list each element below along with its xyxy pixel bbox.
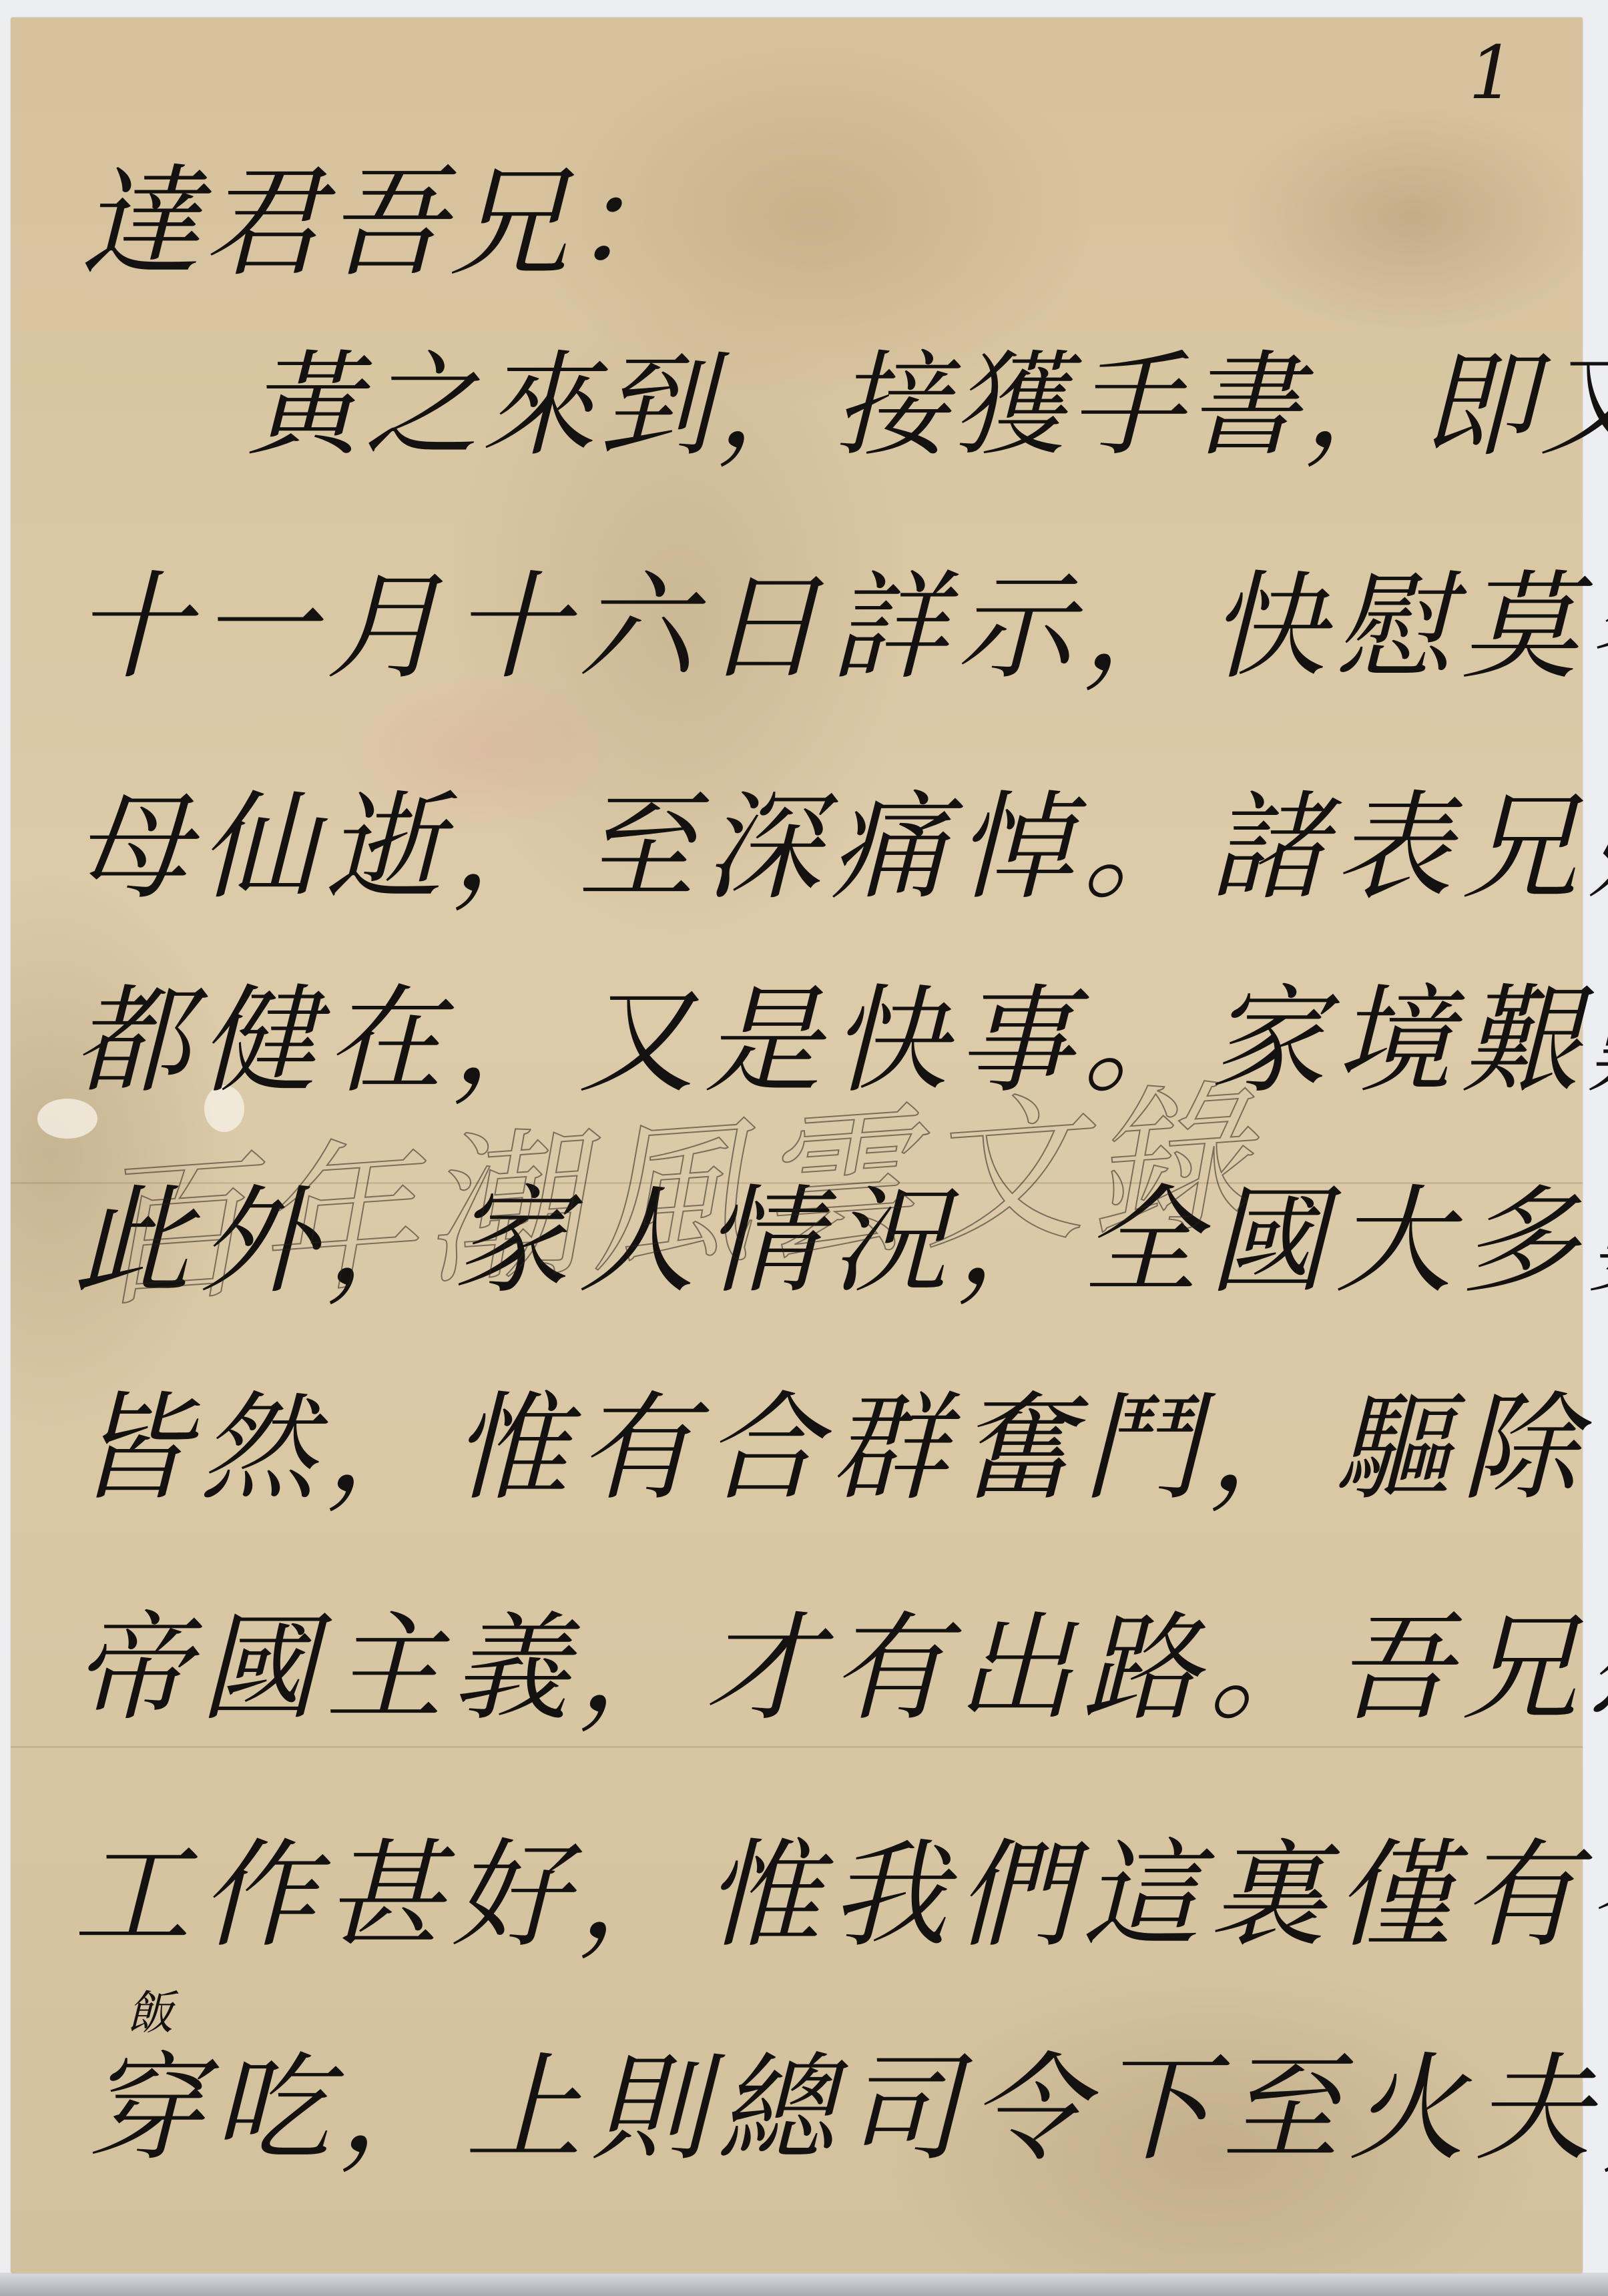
- inserted-character-annotation: 飯: [127, 1976, 174, 2043]
- letter-line-1: 黃之來到，接獲手書，即又接: [247, 314, 1608, 477]
- letter-line-2: 十一月十六日詳示，快慰莫名。只曉父: [73, 534, 1608, 701]
- letter-line-8: 工作甚好，惟我們這裏僅有衣: [73, 1802, 1608, 1970]
- letter-line-6: 皆然，惟有合群奮鬥，驅除日本: [73, 1355, 1608, 1522]
- page-number: 1: [1468, 30, 1515, 115]
- scanner-background-strip: [0, 2273, 1608, 2296]
- letter-line-3: 母仙逝，至深痛悼。諸表兄嫂幸: [73, 754, 1608, 922]
- paper-fold-line: [11, 1746, 1583, 1748]
- letter-line-7: 帝國主義，才有出路。吾兄想來: [73, 1575, 1608, 1743]
- letter-salutation: 達君吾兄：: [80, 127, 694, 299]
- letter-line-9: 穿吃，上則總司令下至火夫，待遇: [87, 2016, 1608, 2183]
